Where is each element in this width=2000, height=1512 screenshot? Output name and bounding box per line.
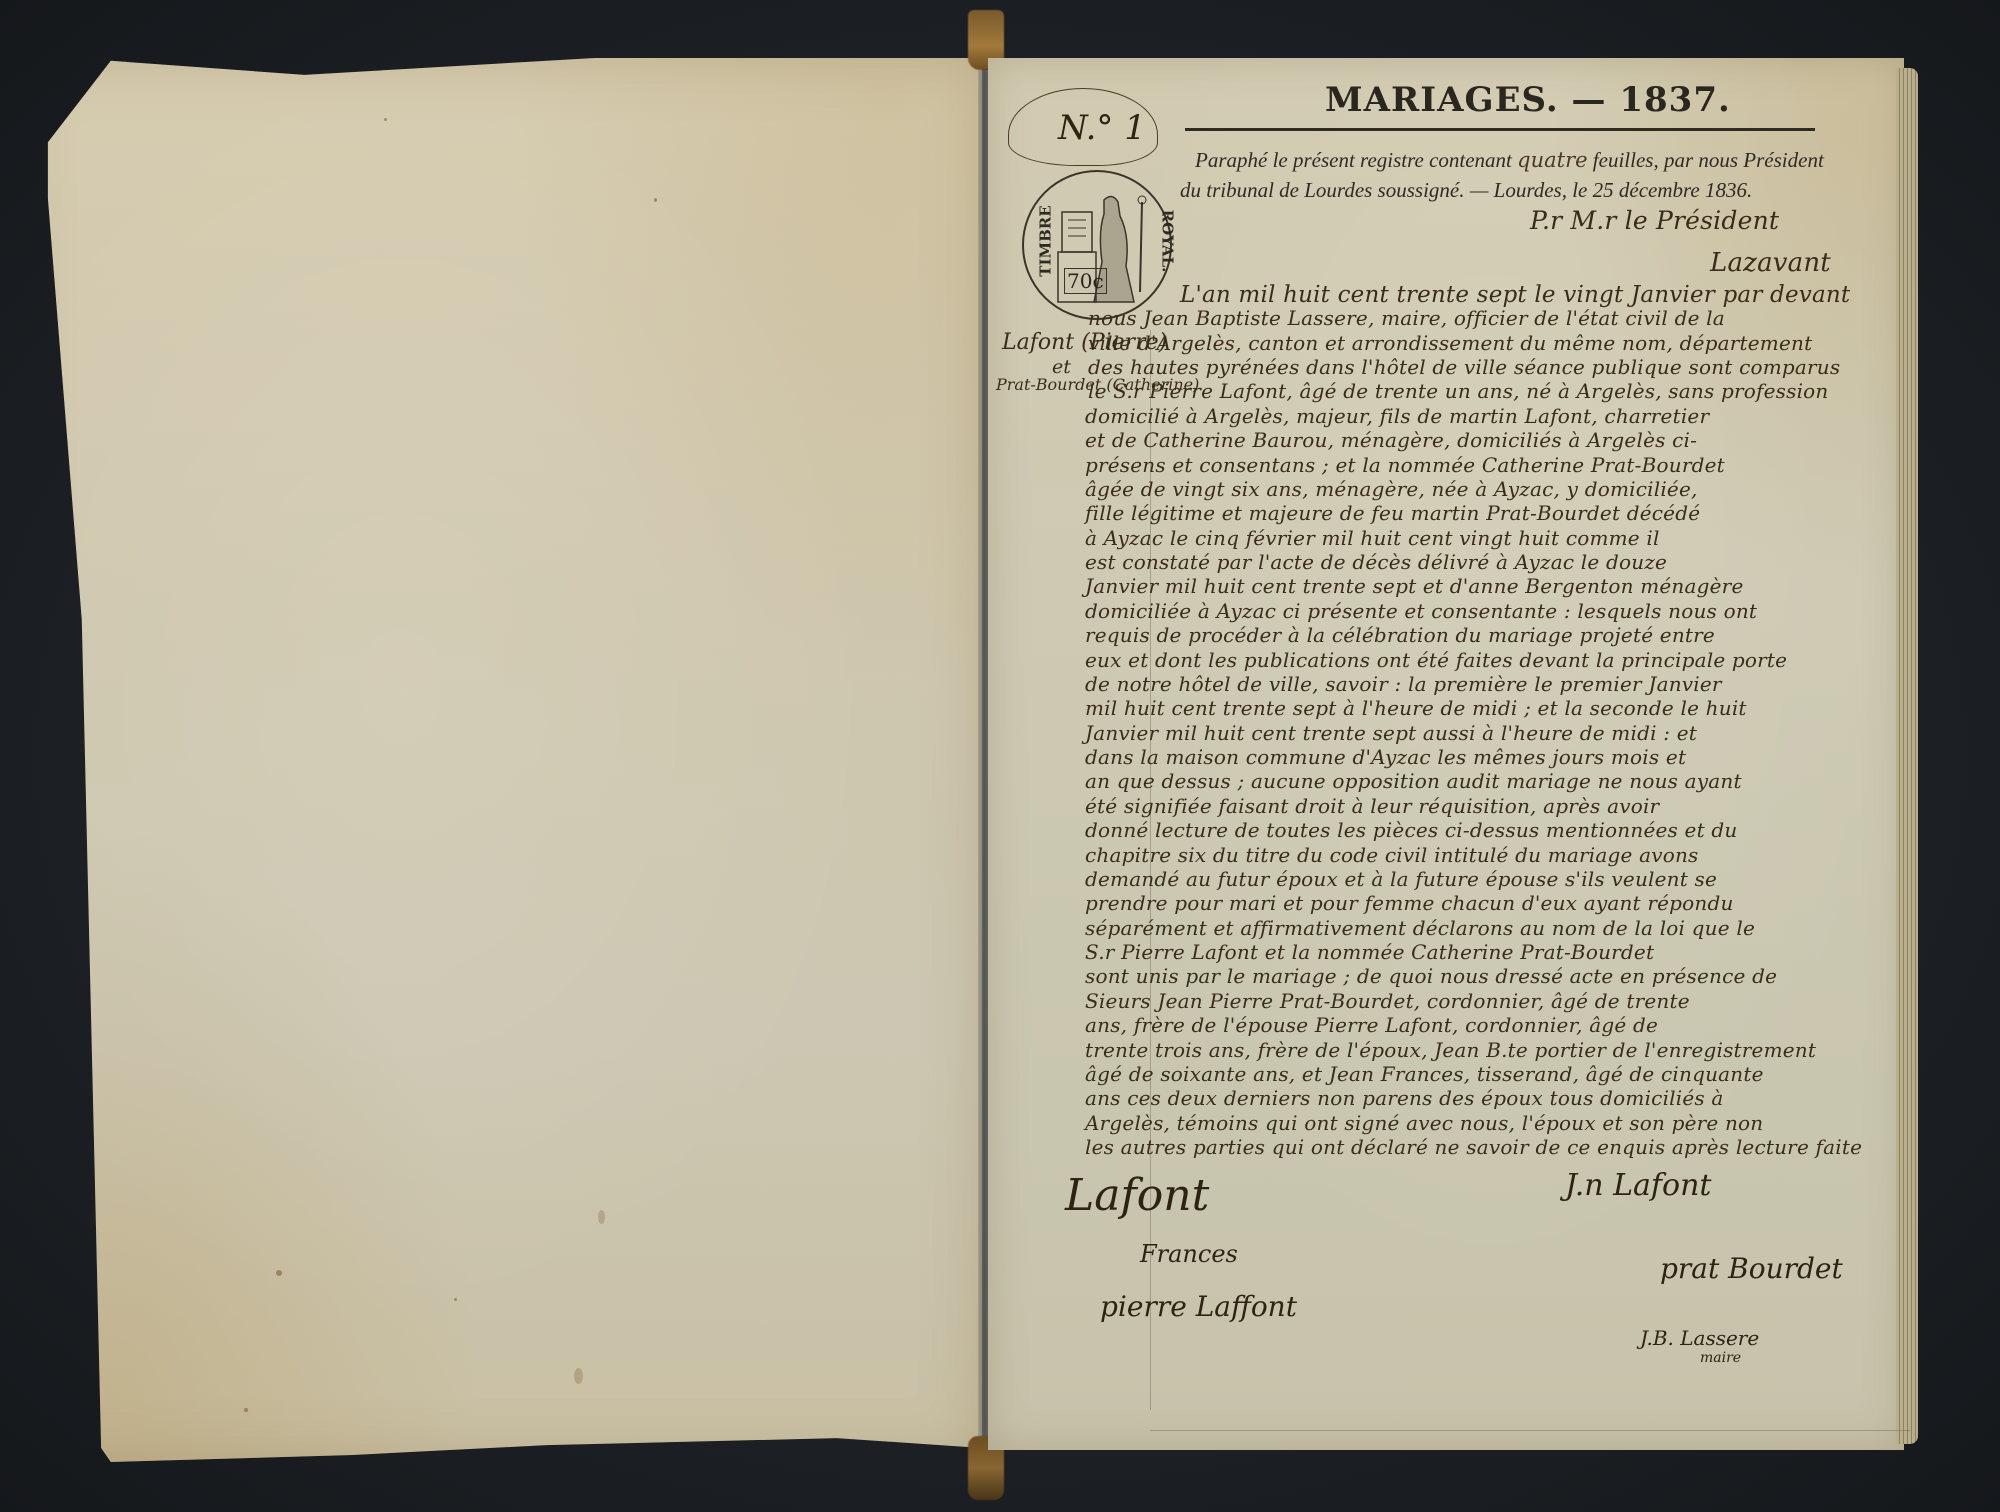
act-line: an que dessus ; aucune opposition audit … [1085,769,1742,793]
act-line: ans, frère de l'épouse Pierre Lafont, co… [1085,1013,1658,1037]
bottom-rule-line [1150,1430,1910,1431]
act-line: mil huit cent trente sept à l'heure de m… [1085,696,1747,720]
act-line: et de Catherine Baurou, ménagère, domici… [1085,428,1697,452]
act-line: ans ces deux derniers non parens des épo… [1085,1086,1724,1110]
act-line: Sieurs Jean Pierre Prat-Bourdet, cordonn… [1085,989,1690,1013]
register-title: MARIAGES. — 1837. [1325,80,1731,120]
paraph-line-2: du tribunal de Lourdes soussigné. — Lour… [1180,178,1752,203]
act-line: est constaté par l'acte de décès délivré… [1085,550,1667,574]
act-line: L'an mil huit cent trente sept le vingt … [1180,282,1850,308]
act-line: de notre hôtel de ville, savoir : la pre… [1085,672,1722,696]
act-line: nous Jean Baptiste Lassere, maire, offic… [1088,306,1725,330]
scanned-register-spread: MARIAGES. — 1837. Paraphé le présent reg… [0,0,2000,1512]
act-line: Janvier mil huit cent trente sept aussi … [1085,721,1697,745]
paraph-text-before: Paraphé le présent registre contenant [1195,148,1517,172]
act-line: requis de procéder à la célébration du m… [1085,623,1715,647]
act-number: N.° 1 [1058,108,1146,148]
act-line: S.r Pierre Lafont et la nommée Catherine… [1085,940,1654,964]
paper-speck [574,1368,583,1384]
act-line: âgé de soixante ans, et Jean Frances, ti… [1085,1062,1764,1086]
act-line: chapitre six du titre du code civil inti… [1085,843,1699,867]
act-line: ville d'Argelès, canton et arrondissemen… [1088,331,1812,355]
act-line: eux et dont les publications ont été fai… [1085,648,1787,672]
paraph-handwritten-count: quatre [1517,148,1587,172]
paper-speck [454,1298,457,1301]
allegorical-figure-icon [1024,172,1174,322]
act-line: le S.r Pierre Lafont, âgé de trente un a… [1088,379,1829,403]
title-rule [1185,128,1815,131]
act-line: prendre pour mari et pour femme chacun d… [1085,891,1734,915]
act-line: domiciliée à Ayzac ci présente et consen… [1085,599,1757,623]
timbre-royal-stamp: TIMBRE ROYAL. 70c [1022,170,1172,320]
act-line: les autres parties qui ont déclaré ne sa… [1085,1135,1862,1159]
president-name: Lazavant [1710,248,1831,278]
president-signature-line: P.r M.r le Président [1530,206,1779,235]
paraph-text-after: feuilles, par nous Président [1588,148,1824,172]
act-line: Argelès, témoins qui ont signé avec nous… [1085,1111,1763,1135]
paper-speck [654,198,657,202]
act-line: demandé au futur époux et à la future ép… [1085,867,1717,891]
act-line: été signifiée faisant droit à leur réqui… [1085,794,1659,818]
act-line: des hautes pyrénées dans l'hôtel de vill… [1088,355,1840,379]
paper-speck [384,118,387,121]
act-line: âgée de vingt six ans, ménagère, née à A… [1085,477,1698,501]
act-line: Janvier mil huit cent trente sept et d'a… [1085,574,1743,598]
paper-speck [244,1408,248,1412]
paraph-line-1: Paraphé le présent registre contenant qu… [1195,148,1824,173]
paper-speck [276,1270,282,1276]
act-line: fille légitime et majeure de feu martin … [1085,501,1700,525]
act-line: dans la maison commune d'Ayzac les mêmes… [1085,745,1686,769]
act-line: trente trois ans, frère de l'époux, Jean… [1085,1038,1816,1062]
act-line: donné lecture de toutes les pièces ci-de… [1085,818,1737,842]
act-line: séparément et affirmativement déclarons … [1085,916,1755,940]
act-line: à Ayzac le cinq février mil huit cent vi… [1085,526,1660,550]
stamp-price: 70c [1064,268,1107,294]
page-edges-stack [1896,68,1918,1444]
act-line: sont unis par le mariage ; de quoi nous … [1085,964,1777,988]
left-page-blank [14,58,982,1462]
act-line: présens et consentans ; et la nommée Cat… [1085,453,1725,477]
act-line: domicilié à Argelès, majeur, fils de mar… [1085,404,1709,428]
paper-speck [598,1210,605,1224]
